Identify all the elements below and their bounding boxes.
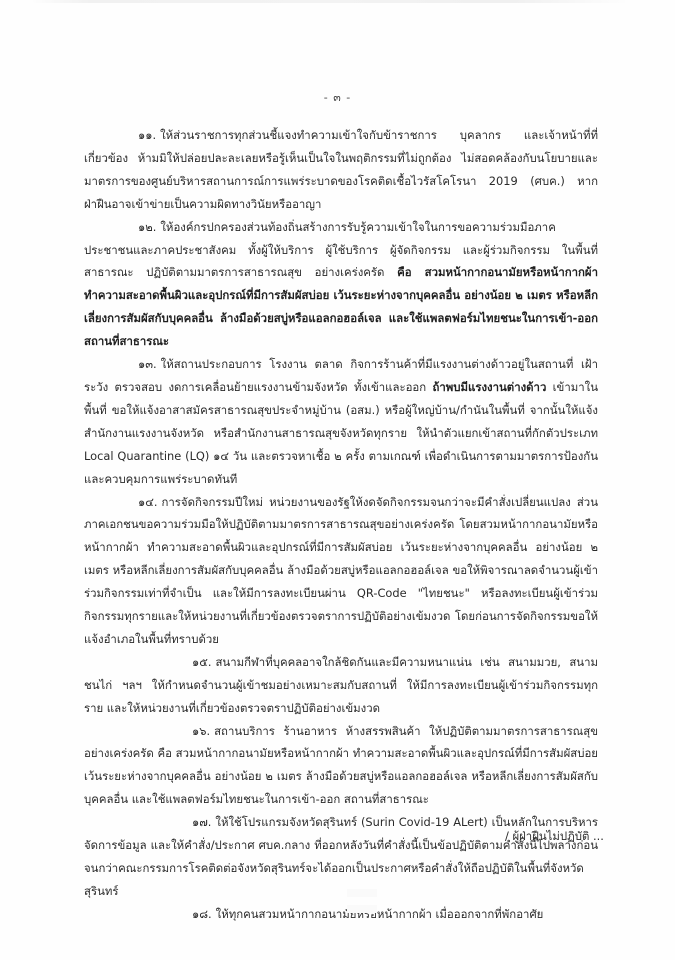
scan-artifact [347,905,377,913]
paragraph-number: ๑๒. [138,220,156,234]
document-page: - ๓ - ๑๑.ให้ส่วนราชการทุกส่วนชี้แจงทำควา… [0,0,675,960]
scan-artifact [347,889,377,897]
paragraph-15: ๑๕.สนามกีฬาที่บุคคลอาจใกล้ชิดกันและมีควา… [84,651,598,720]
continuation-note: / ผู้ฝ่าฝืนไม่ปฏิบัติ ... [505,828,604,846]
paragraph-text: สนามกีฬาที่บุคคลอาจใกล้ชิดกันและมีความหน… [84,655,598,715]
paragraph-number: ๑๕. [192,655,211,669]
paragraph-text: ให้ส่วนราชการทุกส่วนชี้แจงทำความเข้าใจกั… [84,128,598,211]
paragraph-number: ๑๓. [138,357,157,371]
page-number: - ๓ - [0,88,675,106]
paragraph-number: ๑๖. [192,724,210,738]
paragraph-11: ๑๑.ให้ส่วนราชการทุกส่วนชี้แจงทำความเข้าใ… [84,124,598,216]
paragraph-text-emphasis: ถ้าพบมีแรงงานต่างด้าว [432,380,546,394]
paragraph-number: ๑๔. [138,495,157,509]
paragraph-text: เข้ามาในพื้นที่ ขอให้แจ้งอาสาสมัครสาธารณ… [84,380,598,486]
paragraph-number: ๑๗. [192,815,211,829]
paragraph-number: ๑๘. [192,907,212,921]
paragraph-13: ๑๓.ให้สถานประกอบการ โรงงาน ตลาด กิจการร้… [84,353,598,490]
paragraph-text: สถานบริการ ร้านอาหาร ห้างสรรพสินค้า ให้ป… [84,724,598,807]
paragraph-17: ๑๗.ให้ใช้โปรแกรมจังหวัดสุรินทร์ (Surin C… [84,811,598,903]
paragraph-18: ๑๘.ให้ทุกคนสวมหน้ากากอนามัยหรือหน้ากากผ้… [84,903,598,926]
paragraph-text: การจัดกิจกรรมปีใหม่ หน่วยงานของรัฐให้งดจ… [84,495,598,646]
paragraph-14: ๑๔.การจัดกิจกรรมปีใหม่ หน่วยงานของรัฐให้… [84,491,598,651]
paragraph-16: ๑๖.สถานบริการ ร้านอาหาร ห้างสรรพสินค้า ใ… [84,720,598,812]
document-body: ๑๑.ให้ส่วนราชการทุกส่วนชี้แจงทำความเข้าใ… [84,124,598,926]
paragraph-12: ๑๒.ให้องค์กรปกครองส่วนท้องถิ่นสร้างการรั… [84,216,598,353]
paragraph-text: ให้ทุกคนสวมหน้ากากอนามัยหรือหน้ากากผ้า เ… [216,907,544,921]
paragraph-number: ๑๑. [138,128,156,142]
